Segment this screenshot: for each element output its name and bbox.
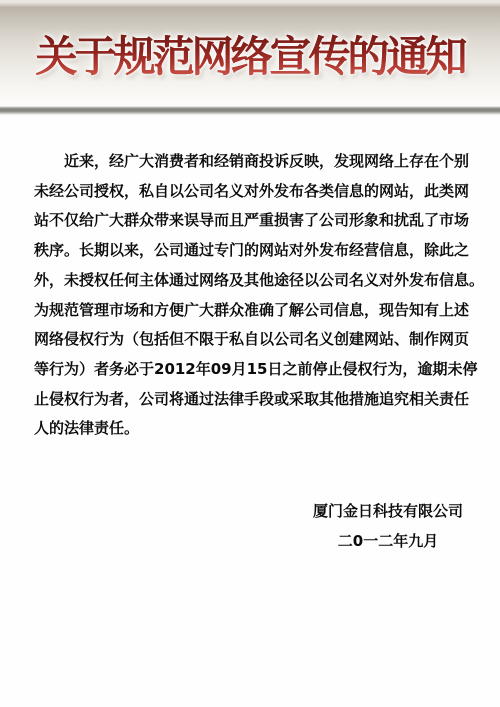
- banner-divider: [0, 106, 500, 115]
- notice-document-page: 关于规范网络宣传的通知 关于规范网络宣传的通知 近来，经广大消费者和经销商投诉反…: [0, 0, 500, 707]
- signature-block: 厦门金日科技有限公司 二0一二年九月: [313, 502, 463, 550]
- notice-title: 关于规范网络宣传的通知 关于规范网络宣传的通知: [0, 33, 500, 81]
- notice-body-paragraph: 近来，经广大消费者和经销商投诉反映，发现网络上存在个别 未经公司授权，私自以公司…: [34, 147, 496, 444]
- notice-title-glow-layer: 关于规范网络宣传的通知: [0, 33, 500, 81]
- notice-banner: 关于规范网络宣传的通知 关于规范网络宣传的通知: [0, 0, 500, 106]
- issue-date: 二0一二年九月: [313, 532, 463, 550]
- company-name: 厦门金日科技有限公司: [313, 502, 463, 520]
